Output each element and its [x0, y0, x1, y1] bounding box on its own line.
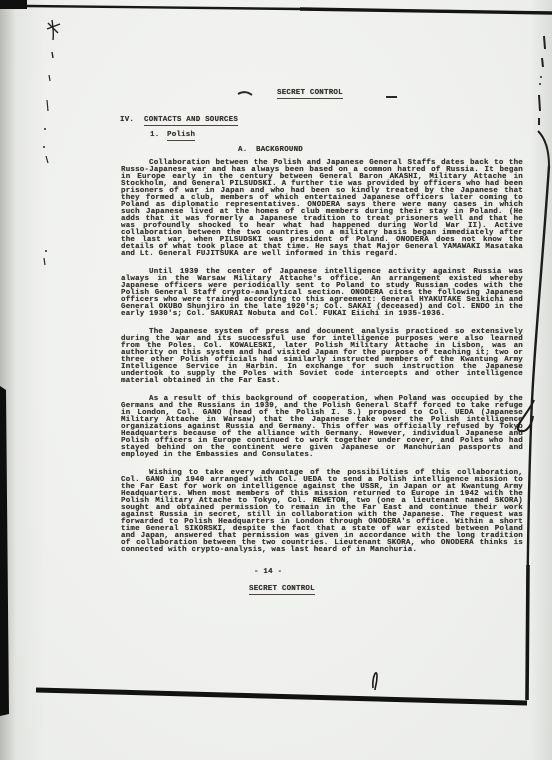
subsection-title: Polish — [167, 132, 195, 141]
classification-header-text: SECRET CONTROL — [277, 90, 343, 99]
left-scan-bar — [0, 386, 9, 716]
bottom-edge-hook — [373, 673, 377, 690]
classification-header: SECRET CONTROL — [277, 90, 343, 99]
classification-footer-text: SECRET CONTROL — [249, 586, 315, 595]
section-title: CONTACTS AND SOURCES — [144, 117, 238, 126]
paragraph-far-east-mission: Wishing to take every advantage of the p… — [121, 470, 523, 554]
handwritten-check-mark — [47, 20, 60, 58]
document-body: Collaboration between the Polish and Jap… — [121, 160, 523, 565]
scanned-document-page: SECRET CONTROL IV. CONTACTS AND SOURCES … — [0, 0, 552, 760]
header-pen-smudge-left — [238, 92, 252, 95]
scan-top-edge-line-thick — [300, 9, 552, 13]
background-heading-letter: A. — [238, 147, 247, 154]
right-page-edge-lower — [527, 565, 528, 700]
paragraph-background-collaboration: Collaboration between the Polish and Jap… — [121, 160, 523, 258]
background-heading-title: BACKGROUND — [256, 147, 303, 154]
paragraph-1939-occupation: As a result of this background of cooper… — [121, 396, 523, 459]
right-page-curl-line — [527, 166, 549, 700]
right-edge-dashes — [539, 36, 545, 125]
right-page-curl-top — [538, 131, 549, 166]
page-number: - 14 - — [254, 569, 282, 576]
paragraph-press-analysis: The Japanese system of press and documen… — [121, 329, 523, 385]
scan-top-edge-line — [27, 6, 300, 9]
paragraph-warsaw-attache: Until 1939 the center of Japanese intell… — [121, 269, 523, 318]
margin-tick-marks — [43, 75, 50, 265]
corner-scan-block — [0, 0, 27, 9]
classification-footer: SECRET CONTROL — [249, 586, 315, 595]
bottom-page-edge-line — [36, 690, 527, 703]
subsection-number: 1. — [150, 132, 159, 139]
section-number: IV. — [120, 117, 134, 124]
